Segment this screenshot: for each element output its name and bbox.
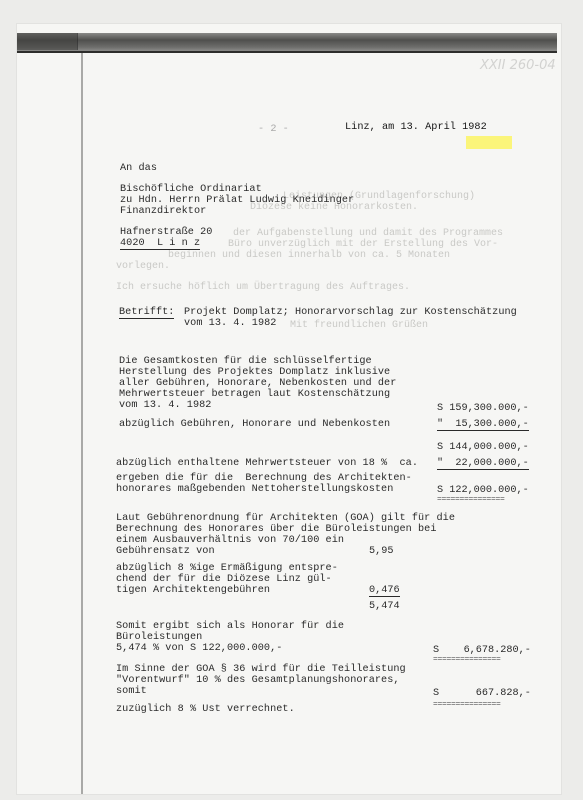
goa-line: Im Sinne der GOA § 36 wird für die Teill…	[116, 664, 406, 675]
subject-label: Betrifft:	[119, 307, 174, 319]
total-cost-amount: S 159,300.000,-	[437, 403, 529, 414]
reduction-line: abzüglich 8 %ige Ermäßigung entspre-	[116, 563, 338, 574]
goa-line: somit	[116, 686, 147, 697]
fee-intro-line: Gebührensatz von	[116, 546, 215, 557]
result-line: Somit ergibt sich als Honorar für die	[116, 621, 344, 632]
preliminary-fee-amount: S 667.828,-	[433, 688, 531, 699]
fee-intro-line: einem Ausbauverhältnis von 70/100 ein	[116, 535, 344, 546]
recipient-salutation: An das	[120, 163, 157, 174]
page-fold-line	[81, 53, 83, 794]
reduction-value: 0,476	[369, 585, 400, 597]
vat-amount: " 22,000.000,-	[437, 458, 529, 470]
result-line: 5,474 % von S 122,000.000,-	[116, 643, 282, 654]
net-label-line: honorares maßgebenden Nettoherstellungsk…	[116, 484, 393, 495]
goa-line: "Vorentwurf" 10 % des Gesamtplanungshono…	[116, 675, 400, 686]
deduction-fees-label: abzüglich Gebühren, Honorare und Nebenko…	[119, 419, 390, 430]
result-line: Büroleistungen	[116, 632, 202, 643]
recipient-line: zu Hdn. Herrn Prälat Ludwig Kneidinger	[120, 195, 354, 206]
bleed-through-line: beginnen und diesen innerhalb von ca. 5 …	[168, 250, 450, 261]
reduction-line: chend der für die Diözese Linz gül-	[116, 574, 332, 585]
page-number: - 2 -	[258, 124, 289, 135]
recipient-street: Hafnerstraße 20	[120, 227, 212, 238]
double-rule: ===============	[437, 495, 505, 504]
fee-intro-line: Berechnung des Honorares über die Bürole…	[116, 524, 437, 535]
net-rate: 5,474	[369, 601, 400, 612]
vat-label: abzüglich enthaltene Mehrwertsteuer von …	[116, 458, 418, 469]
subtotal-amount: S 144,000.000,-	[437, 442, 529, 453]
cost-intro-line: Die Gesamtkosten für die schlüsselfertig…	[119, 356, 372, 367]
cost-intro-line: Mehrwertsteuer betragen laut Kostenschät…	[119, 389, 390, 400]
cost-intro-line: aller Gebühren, Honorare, Nebenkosten un…	[119, 378, 396, 389]
fee-intro-line: Laut Gebührenordnung für Architekten (GO…	[116, 513, 455, 524]
cost-intro-line: Herstellung des Projektes Domplatz inklu…	[119, 367, 390, 378]
archive-number: XXII 260-04	[480, 58, 556, 73]
double-rule: ===============	[433, 655, 501, 664]
scan-top-edge	[17, 33, 557, 53]
recipient-city: 4020 L i n z	[120, 238, 200, 250]
bleed-through-line: Büro unverzüglich mit der Erstellung des…	[228, 239, 498, 250]
highlighter-mark	[466, 136, 512, 149]
bleed-through-line: Mit freundlichen Grüßen	[290, 320, 428, 331]
place-date: Linz, am 13. April 1982	[345, 122, 487, 133]
fee-rate: 5,95	[369, 546, 393, 557]
subject-line: vom 13. 4. 1982	[184, 318, 276, 329]
net-label-line: ergeben die für die Berechnung des Archi…	[116, 473, 412, 484]
recipient-line: Bischöfliche Ordinariat	[120, 184, 262, 195]
bleed-through-line: der Aufgabenstellung und damit des Progr…	[233, 228, 503, 239]
reduction-line: tigen Architektengebühren	[116, 585, 270, 596]
cost-intro-line: vom 13. 4. 1982	[119, 400, 211, 411]
double-rule: ===============	[433, 700, 501, 709]
deduction-fees-amount: " 15,300.000,-	[437, 419, 529, 431]
subject-line: Projekt Domplatz; Honorarvorschlag zur K…	[184, 307, 517, 318]
vat-note: zuzüglich 8 % Ust verrechnet.	[116, 704, 295, 715]
bleed-through-line: vorlegen.	[116, 261, 170, 272]
bleed-through-line: Ich ersuche höflich um Übertragung des A…	[116, 282, 410, 293]
recipient-line: Finanzdirektor	[120, 206, 206, 217]
